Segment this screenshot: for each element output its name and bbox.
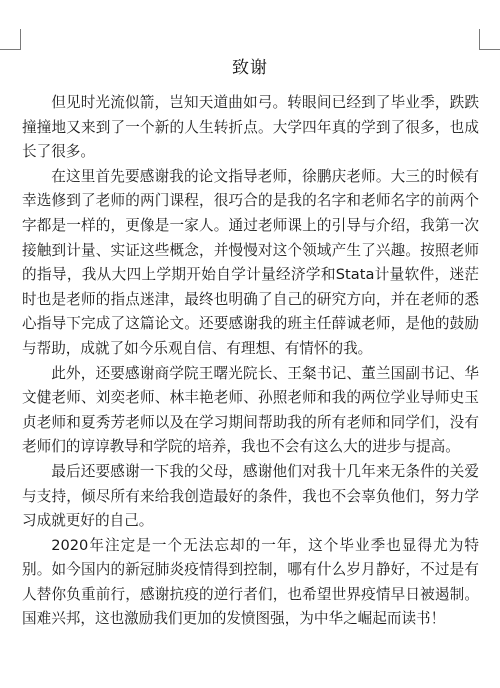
paragraph-faculty-thanks: 此外，还要感谢商学院王曙光院长、王粲书记、董兰国副书记、华文健老师、刘奕老师、林… — [22, 362, 479, 460]
paragraph-advisor-thanks: 在这里首先要感谢我的论文指导老师，徐鹏庆老师。大三的时候有幸选修到了老师的两门课… — [22, 165, 479, 362]
paragraph-intro: 但见时光流似箭，岂知天道曲如弓。转眼间已经到了毕业季，跌跌撞撞地又来到了一个新的… — [22, 91, 479, 165]
paragraph-2020-reflection: 2020年注定是一个无法忘却的一年，这个毕业季也显得尤为特别。如今国内的新冠肺炎… — [22, 534, 479, 632]
crop-mark-top-right — [479, 29, 500, 50]
document-body: 但见时光流似箭，岂知天道曲如弓。转眼间已经到了毕业季，跌跌撞撞地又来到了一个新的… — [22, 91, 479, 632]
crop-mark-top-left — [0, 29, 21, 50]
paragraph-parents-thanks: 最后还要感谢一下我的父母，感谢他们对我十几年来无条件的关爱与支持，倾尽所有来给我… — [22, 460, 479, 534]
page-title: 致谢 — [0, 53, 500, 78]
